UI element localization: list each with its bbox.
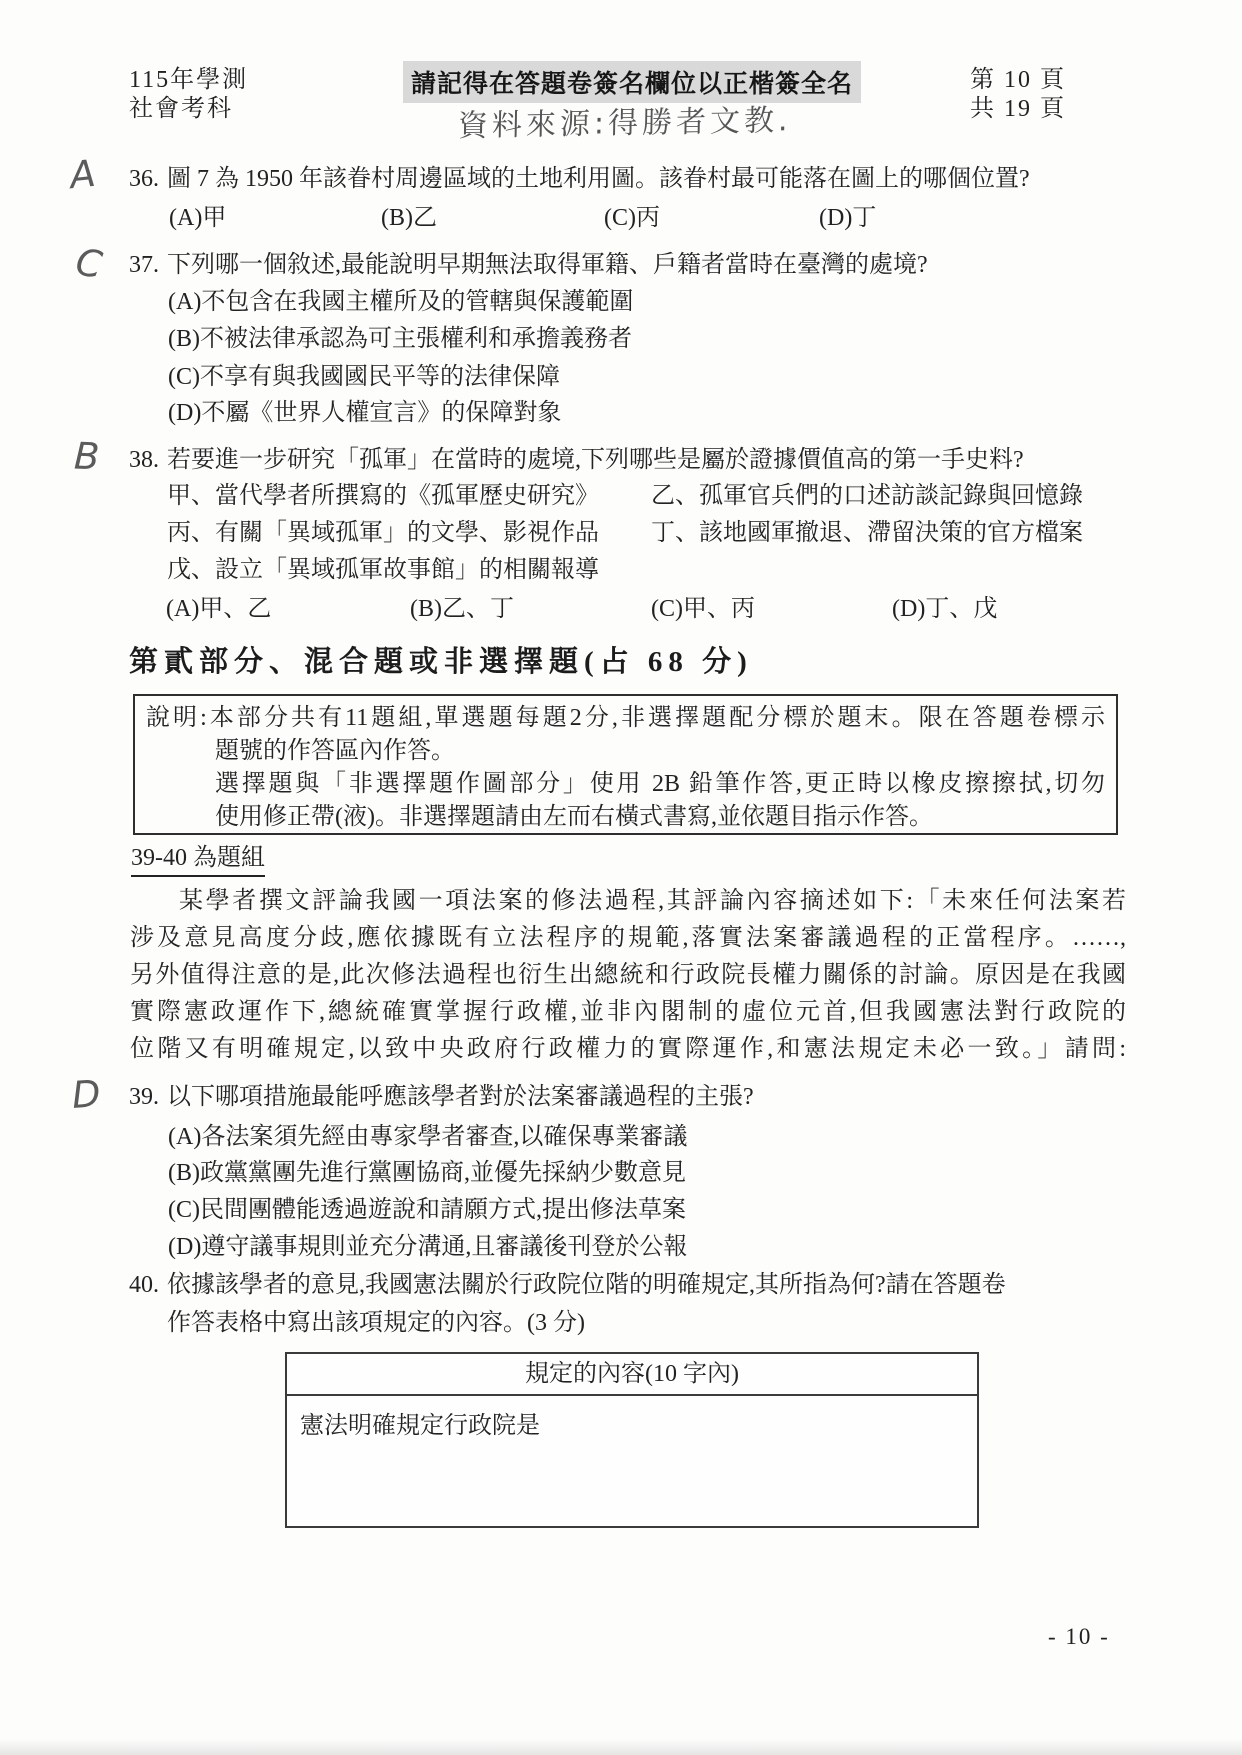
option-38-d: (D)丁、戊 bbox=[892, 594, 997, 624]
question-39-number: 39. bbox=[129, 1082, 167, 1112]
option-38-c: (C)甲、丙 bbox=[651, 594, 755, 624]
question-38-items-row2: 丙、有關「異域孤軍」的文學、影視作品 丁、該地國軍撤退、滯留決策的官方檔案 bbox=[0, 518, 1242, 550]
exam-title-line2: 社會考科 bbox=[129, 94, 233, 124]
question-37-number: 37. bbox=[129, 250, 167, 280]
exam-page: 115年學測 社會考科 請記得在答題卷簽名欄位以正楷簽全名 資料來源:得勝者文教… bbox=[0, 0, 1242, 1755]
instruction-line-2: 題號的作答區內作答。 bbox=[146, 735, 1105, 768]
item-38-yi: 乙、孤軍官兵們的口述訪談記錄與回憶錄 bbox=[651, 481, 1083, 511]
option-36-d: (D)丁 bbox=[819, 203, 876, 233]
instruction-line-1: 說明:本部分共有11題組,單選題每題2分,非選擇題配分標於題末。限在答題卷標示 bbox=[146, 702, 1105, 735]
option-36-c: (C)丙 bbox=[604, 203, 660, 233]
option-37-c: (C)不享有與我國國民平等的法律保障 bbox=[168, 362, 560, 392]
item-38-jia: 甲、當代學者所撰寫的《孤軍歷史研究》 bbox=[167, 481, 599, 511]
handwritten-answer-q36: A bbox=[68, 155, 97, 194]
instructions-box: 說明:本部分共有11題組,單選題每題2分,非選擇題配分標於題末。限在答題卷標示 … bbox=[133, 694, 1118, 835]
question-36-number: 36. bbox=[129, 164, 167, 194]
exam-title-line1: 115年學測 bbox=[129, 65, 248, 95]
instruction-line-4: 使用修正帶(液)。非選擇題請由左而右橫式書寫,並依題目指示作答。 bbox=[146, 801, 1105, 834]
answer-table-content: 憲法明確規定行政院是 bbox=[287, 1396, 977, 1449]
signature-notice: 請記得在答題卷簽名欄位以正楷簽全名 bbox=[403, 61, 861, 103]
photo-bottom-edge bbox=[0, 1739, 1242, 1755]
option-38-a: (A)甲、乙 bbox=[166, 594, 271, 624]
section-2-title: 第貳部分、混合題或非選擇題(占 68 分) bbox=[129, 644, 753, 680]
instruction-line-3: 選擇題與「非選擇題作圖部分」使用 2B 鉛筆作答,更正時以橡皮擦擦拭,切勿 bbox=[146, 768, 1105, 801]
item-38-ding: 丁、該地國軍撤退、滯留決策的官方檔案 bbox=[651, 518, 1083, 548]
passage-line-2: 涉及意見高度分歧,應依據既有立法程序的規範,落實法案審議過程的正當程序。……, bbox=[130, 925, 1126, 952]
option-37-b: (B)不被法律承認為可主張權利和承擔義務者 bbox=[168, 324, 632, 354]
question-40-text-line1: 依據該學者的意見,我國憲法關於行政院位階的明確規定,其所指為何?請在答題卷 bbox=[167, 1272, 1006, 1298]
question-38: 38.若要進一步研究「孤軍」在當時的處境,下列哪些是屬於證據價值高的第一手史料? bbox=[129, 445, 1024, 475]
question-39: 39.以下哪項措施最能呼應該學者對於法案審議過程的主張? bbox=[129, 1082, 754, 1112]
item-38-bing: 丙、有關「異域孤軍」的文學、影視作品 bbox=[167, 518, 599, 548]
option-36-a: (A)甲 bbox=[169, 203, 226, 233]
answer-table: 規定的內容(10 字內) 憲法明確規定行政院是 bbox=[285, 1352, 979, 1528]
handwritten-answer-q37: C bbox=[73, 243, 104, 284]
passage-line-5: 位階又有明確規定,以致中央政府行政權力的實際運作,和憲法規定未必一致。」請問: bbox=[130, 1036, 1126, 1063]
footer-page-number: - 10 - bbox=[1048, 1624, 1110, 1650]
option-38-b: (B)乙、丁 bbox=[410, 594, 514, 624]
question-group-label: 39-40 為題組 bbox=[131, 844, 265, 877]
page-total-line: 共 19 頁 bbox=[970, 94, 1066, 124]
passage-line-1: 某學者撰文評論我國一項法案的修法過程,其評論內容摘述如下:「未來任何法案若 bbox=[130, 888, 1126, 915]
handwritten-source-note: 資料來源:得勝者文教. bbox=[458, 95, 792, 145]
question-36-text: 圖 7 為 1950 年該眷村周邊區域的土地利用圖。該眷村最可能落在圖上的哪個位… bbox=[167, 166, 1030, 192]
question-40-text-line2: 作答表格中寫出該項規定的內容。(3 分) bbox=[167, 1308, 585, 1338]
passage-line-3: 另外值得注意的是,此次修法過程也衍生出總統和行政院長權力關係的討論。原因是在我國 bbox=[130, 962, 1126, 989]
option-39-b: (B)政黨黨團先進行黨團協商,並優先採納少數意見 bbox=[168, 1158, 686, 1188]
question-38-items-row3: 戊、設立「異域孤軍故事館」的相關報導 bbox=[0, 555, 1242, 587]
option-36-b: (B)乙 bbox=[381, 203, 437, 233]
question-37-text: 下列哪一個敘述,最能說明早期無法取得軍籍、戶籍者當時在臺灣的處境? bbox=[167, 252, 928, 278]
question-40: 40.依據該學者的意見,我國憲法關於行政院位階的明確規定,其所指為何?請在答題卷 bbox=[129, 1270, 1006, 1300]
passage-line-4: 實際憲政運作下,總統確實掌握行政權,並非內閣制的虛位元首,但我國憲法對行政院的 bbox=[130, 999, 1126, 1026]
answer-table-header: 規定的內容(10 字內) bbox=[287, 1354, 977, 1396]
question-38-text: 若要進一步研究「孤軍」在當時的處境,下列哪些是屬於證據價值高的第一手史料? bbox=[167, 447, 1024, 473]
handwritten-answer-q38: B bbox=[73, 438, 100, 476]
item-38-wu: 戊、設立「異域孤軍故事館」的相關報導 bbox=[167, 555, 599, 585]
option-39-d: (D)遵守議事規則並充分溝通,且審議後刊登於公報 bbox=[168, 1232, 687, 1262]
question-38-options: (A)甲、乙 (B)乙、丁 (C)甲、丙 (D)丁、戊 bbox=[0, 594, 1242, 626]
question-40-number: 40. bbox=[129, 1270, 167, 1300]
option-39-c: (C)民間團體能透過遊說和請願方式,提出修法草案 bbox=[168, 1195, 686, 1225]
question-37: 37.下列哪一個敘述,最能說明早期無法取得軍籍、戶籍者當時在臺灣的處境? bbox=[129, 250, 928, 280]
question-36-options: (A)甲 (B)乙 (C)丙 (D)丁 bbox=[0, 203, 1242, 235]
question-39-text: 以下哪項措施最能呼應該學者對於法案審議過程的主張? bbox=[167, 1084, 754, 1110]
question-38-number: 38. bbox=[129, 445, 167, 475]
option-37-d: (D)不屬《世界人權宣言》的保障對象 bbox=[168, 398, 561, 428]
question-38-items-row1: 甲、當代學者所撰寫的《孤軍歷史研究》 乙、孤軍官兵們的口述訪談記錄與回憶錄 bbox=[0, 481, 1242, 513]
page-number-line: 第 10 頁 bbox=[970, 65, 1066, 95]
option-37-a: (A)不包含在我國主權所及的管轄與保護範圍 bbox=[168, 287, 633, 317]
option-39-a: (A)各法案須先經由專家學者審查,以確保專業審議 bbox=[168, 1122, 687, 1152]
question-36: 36.圖 7 為 1950 年該眷村周邊區域的土地利用圖。該眷村最可能落在圖上的… bbox=[129, 164, 1030, 194]
handwritten-answer-q39: D bbox=[71, 1075, 102, 1114]
